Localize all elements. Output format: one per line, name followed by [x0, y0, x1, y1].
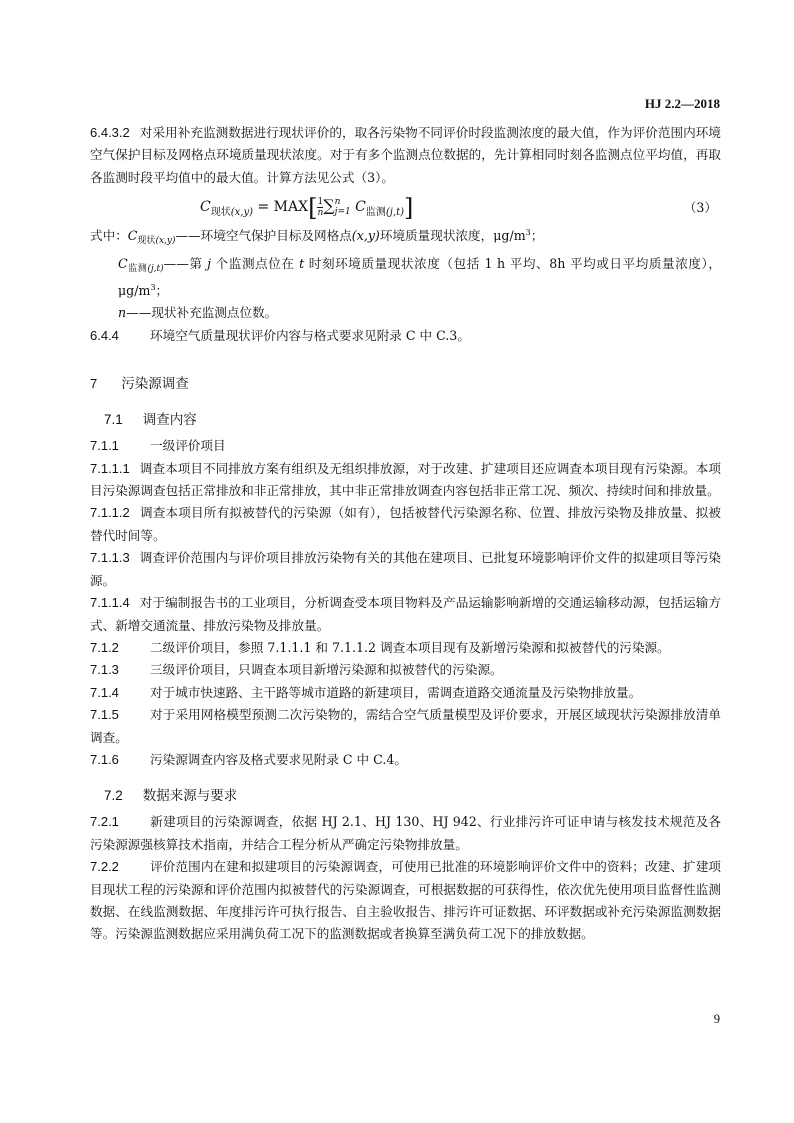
clause-7-1-6: 7.1.6污染源调查内容及格式要求见附录 C 中 C.4。 [90, 749, 721, 771]
clause-7-1-1-1: 7.1.1.1调查本项目不同排放方案有组织及无组织排放源，对于改建、扩建项目还应… [90, 458, 721, 503]
clauses-7-1: 7.1.1一级评价项目 7.1.1.1调查本项目不同排放方案有组织及无组织排放源… [90, 435, 721, 771]
definition-c-current: 式中：C现状(x,y)——环境空气保护目标及网格点(x,y)环境质量现状浓度，μ… [90, 225, 721, 252]
equation-number: （3） [684, 197, 717, 219]
clause-7-1-1-3: 7.1.1.3调查评价范围内与评价项目排放污染物有关的其他在建项目、已批复环境影… [90, 547, 721, 592]
clauses-7-2: 7.2.1新建项目的污染源调查，依据 HJ 2.1、HJ 130、HJ 942、… [90, 811, 721, 945]
clause-7-1-4: 7.1.4对于城市快速路、主干路等城市道路的新建项目，需调查道路交通流量及污染物… [90, 682, 721, 704]
page-number: 9 [714, 1012, 720, 1027]
definition-c-monitor: C监测(j,t)——第 j 个监测点位在 t 时刻环境质量现状浓度（包括 1 h… [90, 253, 721, 303]
clause-number: 6.4.4 [90, 325, 150, 347]
clause-text: 对采用补充监测数据进行现状评价的，取各污染物不同评价时段监测浓度的最大值，作为评… [90, 125, 721, 185]
formula-definitions: 式中：C现状(x,y)——环境空气保护目标及网格点(x,y)环境质量现状浓度，μ… [90, 225, 721, 325]
clause-6-4-4: 6.4.4环境空气质量现状评价内容与格式要求见附录 C 中 C.3。 [90, 325, 721, 347]
clause-7-1-3: 7.1.3三级评价项目，只调查本项目新增污染源和拟被替代的污染源。 [90, 659, 721, 681]
standard-code-header: HJ 2.2—2018 [645, 96, 720, 112]
clause-7-1-1-2: 7.1.1.2调查本项目所有拟被替代的污染源（如有），包括被替代污染源名称、位置… [90, 502, 721, 547]
formula-3: C现状(x,y) = MAX[1n∑nj=1 C监测(j,t)] （3） [90, 191, 721, 225]
document-page: HJ 2.2—2018 6.4.3.2对采用补充监测数据进行现状评价的，取各污染… [0, 0, 794, 1123]
section-heading-7-2: 7.2数据来源与要求 [104, 785, 721, 807]
formula-expression: C现状(x,y) = MAX[1n∑nj=1 C监测(j,t)] [200, 195, 413, 224]
clause-7-2-2: 7.2.2评价范围内在建和拟建项目的污染源调查，可使用已批准的环境影响评价文件中… [90, 856, 721, 946]
clause-number: 6.4.3.2 [90, 125, 130, 140]
section-heading-7-1: 7.1调查内容 [104, 409, 721, 431]
chapter-heading-7: 7污染源调查 [90, 373, 721, 395]
clause-6-4-3-2: 6.4.3.2对采用补充监测数据进行现状评价的，取各污染物不同评价时段监测浓度的… [90, 122, 721, 189]
clause-7-1-1-4: 7.1.1.4对于编制报告书的工业项目，分析调查受本项目物料及产品运输影响新增的… [90, 592, 721, 637]
clause-text: 环境空气质量现状评价内容与格式要求见附录 C 中 C.3。 [150, 328, 470, 343]
definition-n: n——现状补充监测点位数。 [90, 302, 721, 324]
clause-7-1-1: 7.1.1一级评价项目 [90, 435, 721, 457]
clause-7-1-5: 7.1.5对于采用网格模型预测二次污染物的，需结合空气质量模型及评价要求，开展区… [90, 704, 721, 749]
page-content: 6.4.3.2对采用补充监测数据进行现状评价的，取各污染物不同评价时段监测浓度的… [90, 122, 721, 946]
clause-7-1-2: 7.1.2二级评价项目，参照 7.1.1.1 和 7.1.1.2 调查本项目现有… [90, 637, 721, 659]
clause-7-2-1: 7.2.1新建项目的污染源调查，依据 HJ 2.1、HJ 130、HJ 942、… [90, 811, 721, 856]
